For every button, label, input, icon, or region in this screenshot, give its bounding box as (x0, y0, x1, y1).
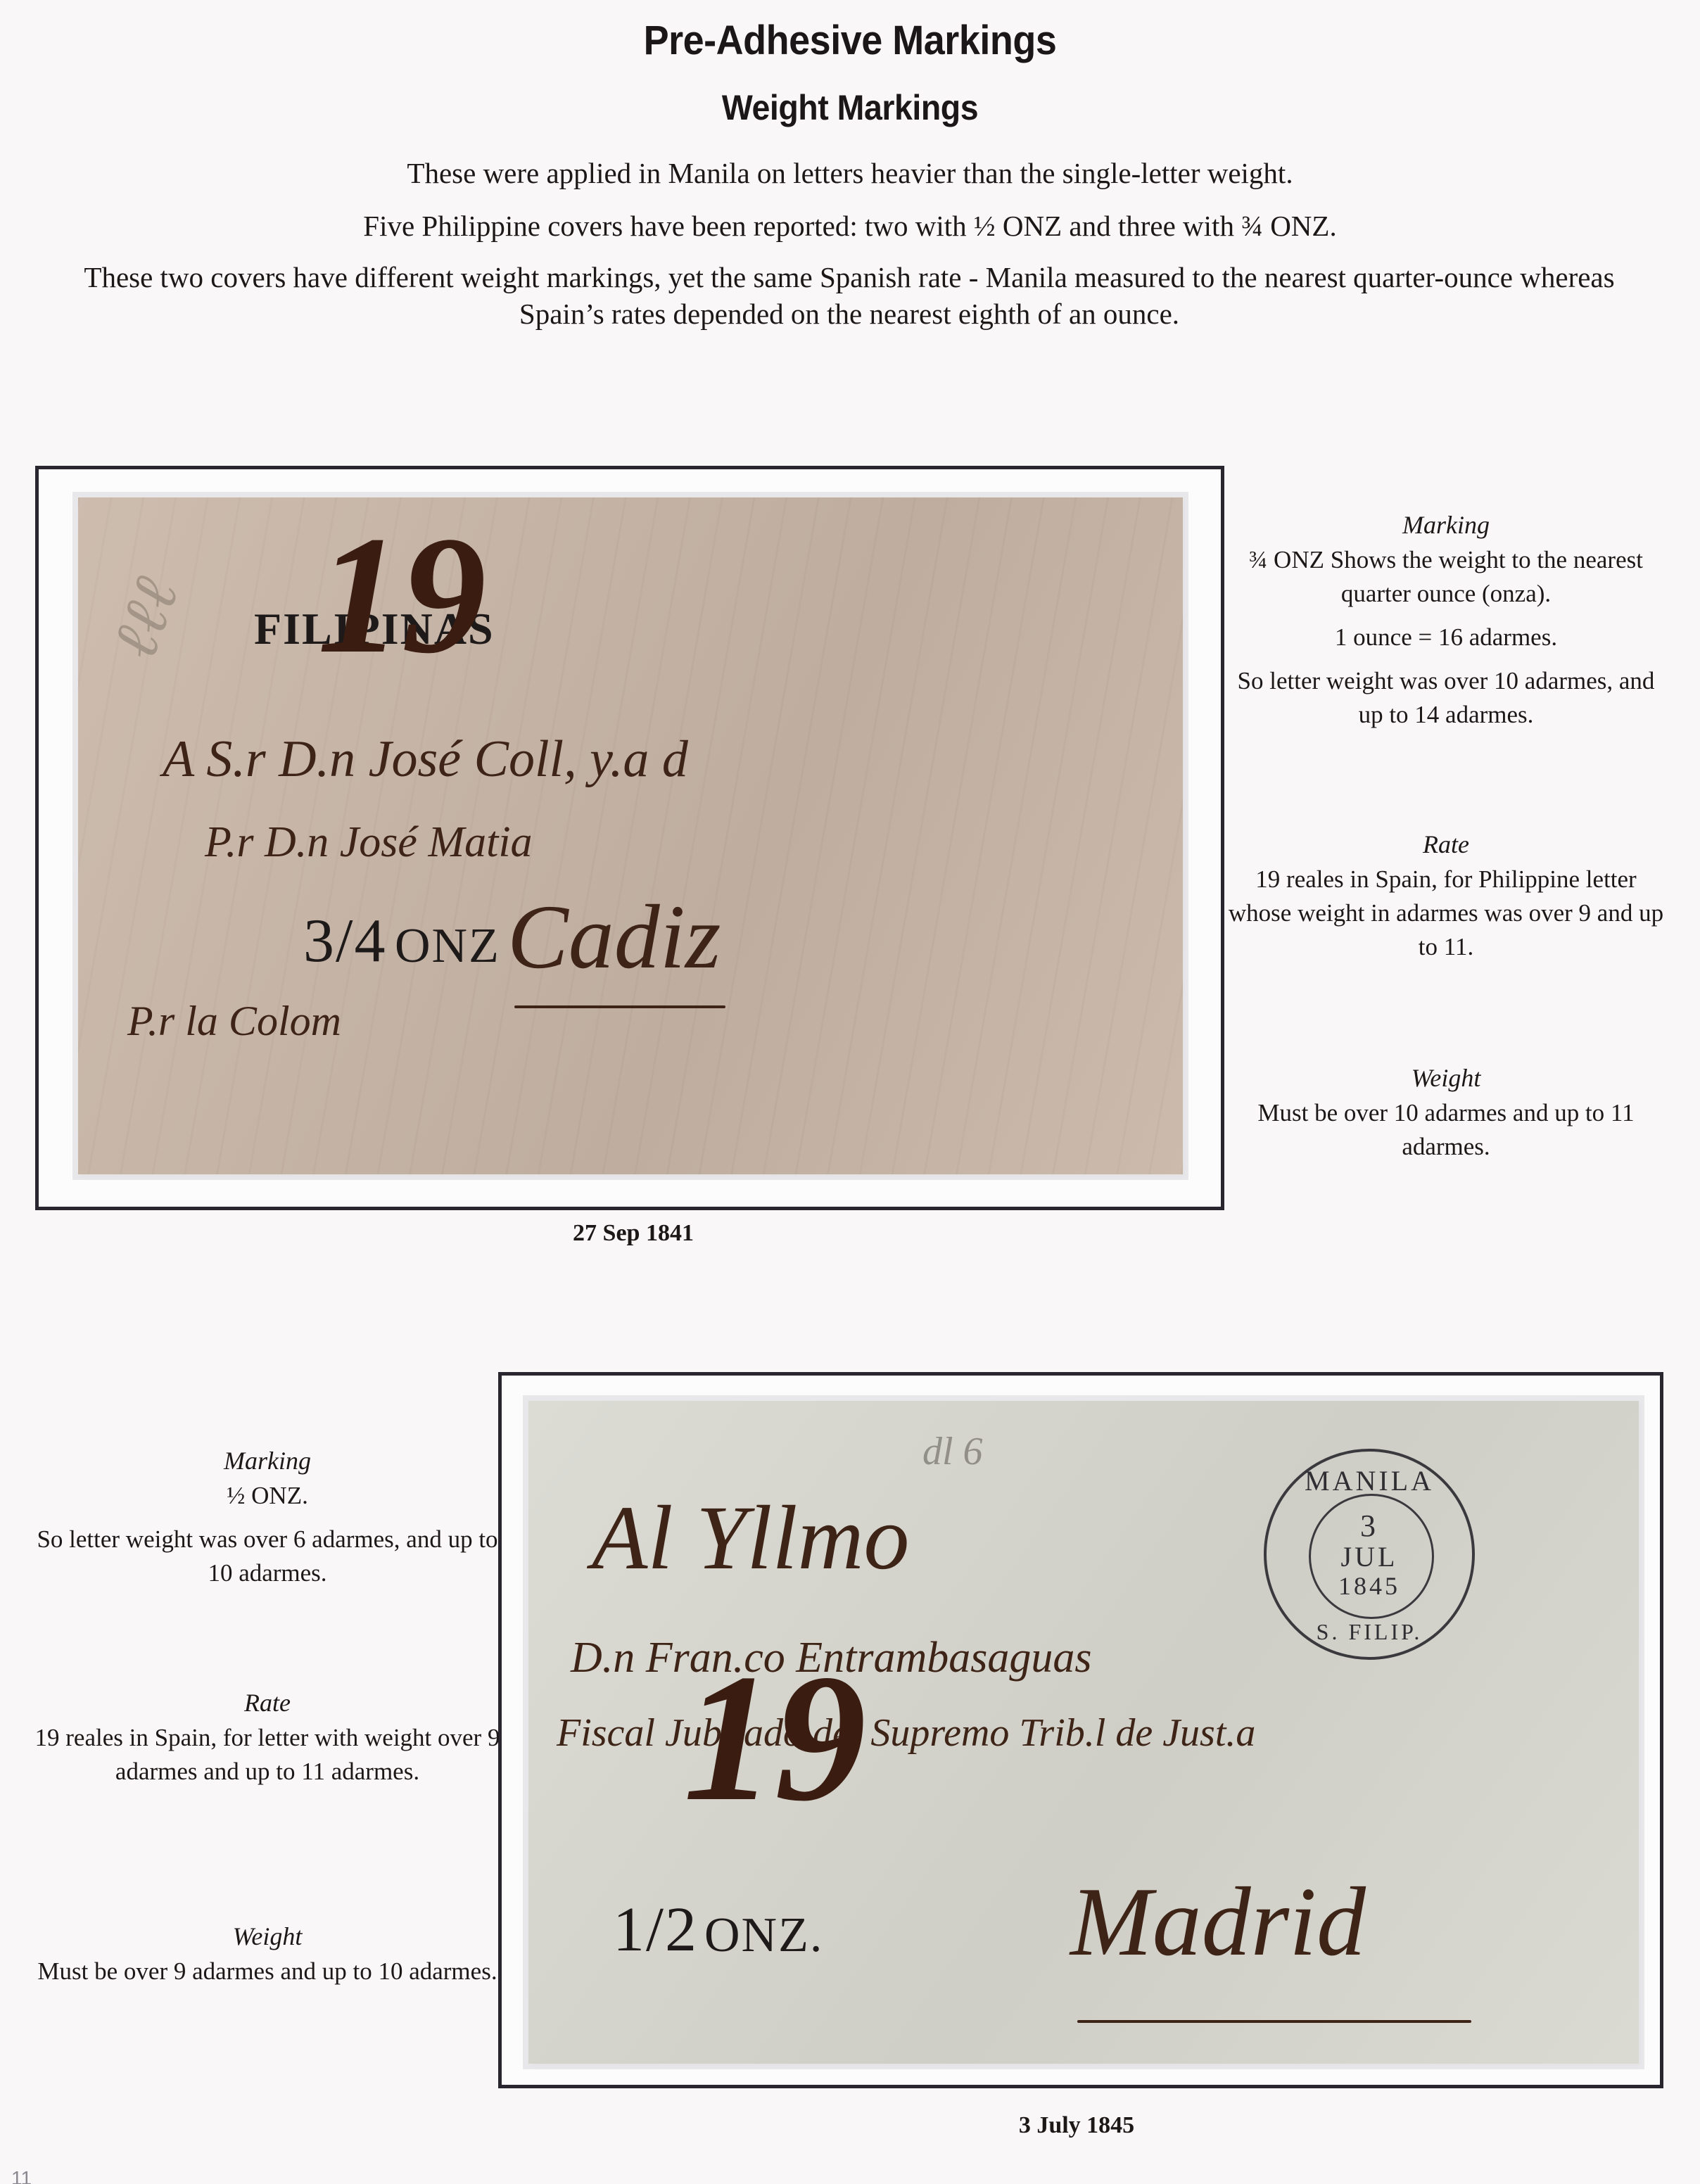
cover-image-1841: ℓℓℓ FILIPINAS 19 A S.r D.n José Coll, y.… (78, 497, 1183, 1174)
datestamp-day: 3 (1267, 1508, 1472, 1544)
datestamp-region: S. FILIP. (1267, 1619, 1472, 1645)
address-line: P.r D.n José Matia (205, 818, 533, 868)
destination-cadiz: Cadiz (507, 884, 721, 990)
rate-manuscript: 19 (683, 1633, 866, 1843)
address-line: A S.r D.n José Coll, y.a d (163, 730, 688, 789)
note-text: 19 reales in Spain, for Philippine lette… (1228, 863, 1664, 964)
ship-note: P.r la Colom (127, 997, 341, 1046)
note-heading: Marking (28, 1444, 507, 1478)
manila-datestamp: MANILA 3 JUL 1845 S. FILIP. (1264, 1449, 1475, 1660)
note-marking: Marking ¾ ONZ Shows the weight to the ne… (1228, 508, 1664, 732)
rate-manuscript: 19 (317, 497, 486, 692)
datestamp-year: 1845 (1267, 1571, 1472, 1601)
page-subtitle: Weight Markings (60, 87, 1641, 128)
note-text: ¾ ONZ Shows the weight to the nearest qu… (1228, 543, 1664, 611)
datestamp-city: MANILA (1267, 1464, 1472, 1497)
note-weight: Weight Must be over 9 adarmes and up to … (28, 1919, 507, 1988)
note-text: So letter weight was over 6 adarmes, and… (28, 1523, 507, 1590)
page-pencil-mark: 11 (11, 2167, 32, 2184)
note-weight: Weight Must be over 10 adarmes and up to… (1228, 1061, 1664, 1164)
address-line: Fiscal Jubilado del Supremo Trib.l de Ju… (557, 1710, 1255, 1756)
cover-image-1845: dl 6 Al Yllmo MANILA 3 JUL 1845 S. FILIP… (528, 1401, 1639, 2064)
note-heading: Rate (28, 1686, 507, 1720)
datestamp-month: JUL (1267, 1540, 1472, 1573)
cover-frame-1845: dl 6 Al Yllmo MANILA 3 JUL 1845 S. FILIP… (498, 1372, 1663, 2088)
underline-flourish (1077, 2020, 1471, 2023)
cover-frame-1841: ℓℓℓ FILIPINAS 19 A S.r D.n José Coll, y.… (35, 466, 1224, 1210)
page-title: Pre-Adhesive Markings (60, 17, 1641, 64)
intro-line: Five Philippine covers have been reporte… (0, 208, 1700, 244)
note-text: Must be over 9 adarmes and up to 10 adar… (28, 1955, 507, 1988)
weight-handstamp-unit: ONZ (395, 918, 500, 974)
note-text: ½ ONZ. (28, 1479, 507, 1513)
note-text: 1 ounce = 16 adarmes. (1228, 621, 1664, 654)
destination-madrid: Madrid (1070, 1865, 1366, 1979)
note-heading: Weight (1228, 1061, 1664, 1095)
note-rate: Rate 19 reales in Spain, for letter with… (28, 1686, 507, 1789)
intro-line: These were applied in Manila on letters … (0, 155, 1700, 191)
note-text: So letter weight was over 10 adarmes, an… (1228, 664, 1664, 732)
cover-date-caption: 3 July 1845 (936, 2112, 1217, 2139)
cover-date-caption: 27 Sep 1841 (493, 1220, 774, 1247)
note-marking: Marking ½ ONZ. So letter weight was over… (28, 1444, 507, 1590)
underline-stroke (514, 1005, 725, 1008)
note-text: 19 reales in Spain, for letter with weig… (28, 1721, 507, 1789)
show-through-writing: ℓℓℓ (99, 569, 194, 668)
note-heading: Marking (1228, 508, 1664, 542)
note-rate: Rate 19 reales in Spain, for Philippine … (1228, 827, 1664, 964)
intro-line: These two covers have different weight m… (44, 259, 1655, 332)
weight-handstamp-unit: ONZ. (704, 1907, 823, 1964)
pencil-note: dl 6 (922, 1429, 983, 1474)
weight-handstamp-fraction: 1/2 (613, 1893, 698, 1966)
note-heading: Weight (28, 1919, 507, 1953)
note-text: Must be over 10 adarmes and up to 11 ada… (1228, 1096, 1664, 1164)
address-line: Al Yllmo (592, 1485, 909, 1591)
note-heading: Rate (1228, 827, 1664, 861)
weight-handstamp-fraction: 3/4 (303, 906, 386, 977)
